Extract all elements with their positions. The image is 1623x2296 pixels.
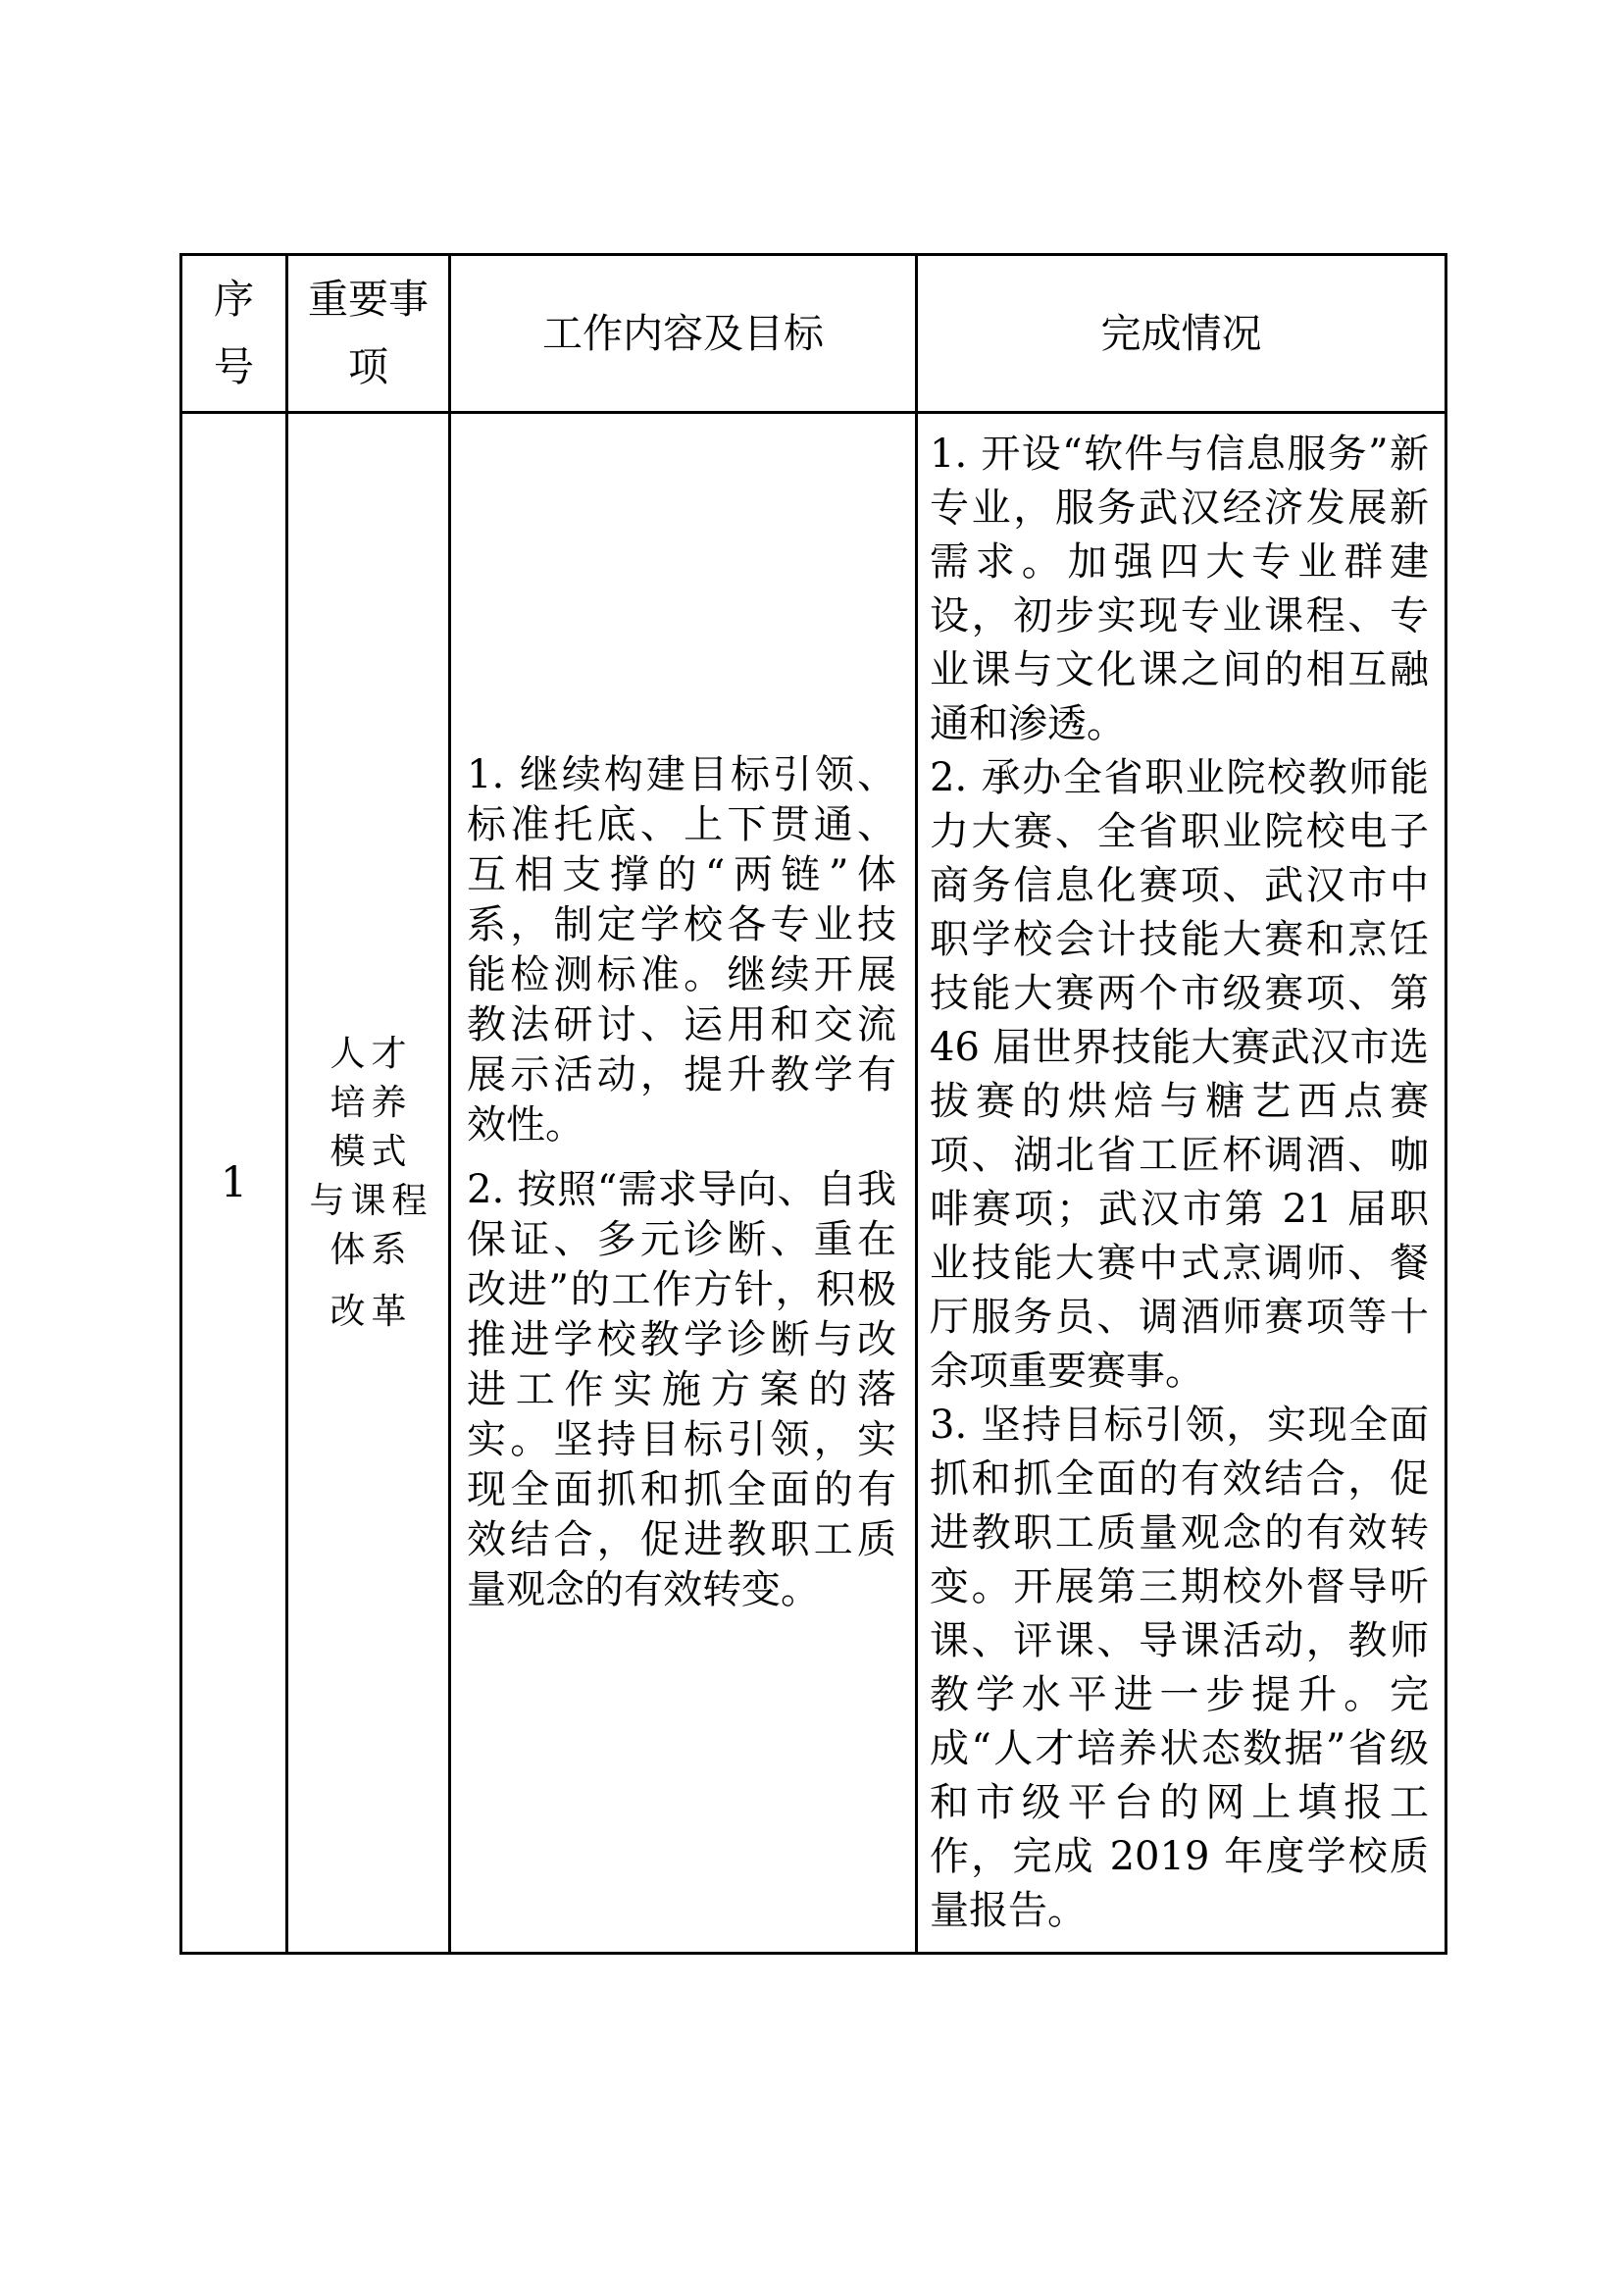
header-matter-line1: 重要事 [288, 266, 448, 333]
matter-line: 培养 [288, 1079, 448, 1128]
header-serial-number: 序 号 [181, 255, 287, 413]
header-work-content-goal: 工作内容及目标 [450, 255, 917, 413]
completion-paragraph-1: 1. 开设“软件与信息服务”新专业，服务武汉经济发展新需求。加强四大专业群建设，… [930, 428, 1429, 751]
goal-text-block: 1. 继续构建目标引领、标准托底、上下贯通、互相支撑的“两链”体系，制定学校各专… [451, 750, 915, 1615]
matter-line: 与课程 [288, 1177, 448, 1226]
cell-work-content-goal: 1. 继续构建目标引领、标准托底、上下贯通、互相支撑的“两链”体系，制定学校各专… [450, 413, 917, 1954]
table-row: 1 人才 培养 模式 与课程 体系 改革 1. 继续构建目标引领、标准托底、上下… [181, 413, 1446, 1954]
header-completion-label: 完成情况 [918, 300, 1445, 368]
completion-text-block: 1. 开设“软件与信息服务”新专业，服务武汉经济发展新需求。加强四大专业群建设，… [918, 428, 1445, 1938]
matter-line: 体系 [288, 1226, 448, 1275]
matter-line: 模式 [288, 1128, 448, 1177]
header-important-matter: 重要事 项 [287, 255, 450, 413]
work-report-table: 序 号 重要事 项 工作内容及目标 完成情况 1 人才 [179, 253, 1447, 1955]
cell-serial-number: 1 [181, 413, 287, 1954]
header-matter-line2: 项 [288, 333, 448, 401]
header-serial-line1: 序 [182, 266, 285, 333]
completion-paragraph-2: 2. 承办全省职业院校教师能力大赛、全省职业院校电子商务信息化赛项、武汉市中职学… [930, 751, 1429, 1399]
goal-paragraph-1: 1. 继续构建目标引领、标准托底、上下贯通、互相支撑的“两链”体系，制定学校各专… [467, 750, 896, 1150]
cell-important-matter: 人才 培养 模式 与课程 体系 改革 [287, 413, 450, 1954]
completion-paragraph-3: 3. 坚持目标引领，实现全面抓和抓全面的有效结合，促进教职工质量观念的有效转变。… [930, 1399, 1429, 1938]
header-serial-line2: 号 [182, 333, 285, 401]
matter-line: 改革 [288, 1288, 448, 1337]
header-completion-status: 完成情况 [917, 255, 1446, 413]
cell-completion-status: 1. 开设“软件与信息服务”新专业，服务武汉经济发展新需求。加强四大专业群建设，… [917, 413, 1446, 1954]
goal-paragraph-2: 2. 按照“需求导向、自我保证、多元诊断、重在改进”的工作方针，积极推进学校教学… [467, 1165, 896, 1615]
header-goal-label: 工作内容及目标 [451, 300, 915, 368]
matter-line: 人才 [288, 1030, 448, 1079]
header-row: 序 号 重要事 项 工作内容及目标 完成情况 [181, 255, 1446, 413]
document-page: 序 号 重要事 项 工作内容及目标 完成情况 1 人才 [0, 0, 1623, 2296]
